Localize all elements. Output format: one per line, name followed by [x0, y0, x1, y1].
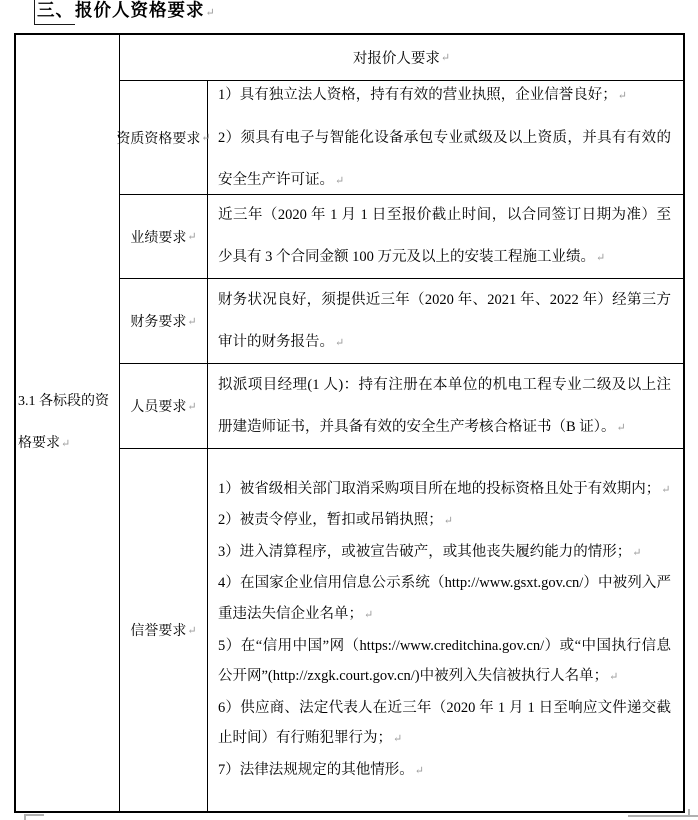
row-label-cell[interactable]: 资质资格要求↵: [120, 81, 208, 194]
paragraph: 1）被省级相关部门取消采购项目所在地的投标资格且处于有效期内；↵: [218, 474, 671, 506]
paragraph-mark: ↵: [415, 765, 424, 777]
title-boxed-prefix: 三、: [34, 0, 75, 25]
paragraph: 1）具有独立法人资格，持有有效的营业执照，企业信誉良好；↵: [218, 74, 671, 117]
qualification-table: 3.1 各标段的资格要求↵ 对报价人要求↵ 资质资格要求↵ 1）具有独立法人资格…: [14, 33, 685, 813]
table-row: 资质资格要求↵ 1）具有独立法人资格，持有有效的营业执照，企业信誉良好；↵ 2）…: [120, 81, 683, 195]
section-label: 3.1 各标段的资格要求↵: [18, 381, 118, 465]
paragraph-mark: ↵: [632, 547, 641, 559]
page-corner-mark-left-vertical: [24, 814, 26, 820]
paragraph-mark: ↵: [61, 438, 70, 450]
paragraph-mark: ↵: [393, 733, 402, 745]
paragraph: 5）在“信用中国”网（https://www.creditchina.gov.c…: [218, 631, 671, 693]
paragraph-mark: ↵: [187, 315, 196, 328]
row-label-text: 信誉要求: [130, 620, 186, 640]
table-header-text: 对报价人要求: [353, 47, 440, 68]
paragraph-mark: ↵: [187, 230, 196, 243]
paragraph: 2）须具有电子与智能化设备承包专业贰级及以上资质，并具有有效的安全生产许可证。↵: [218, 117, 671, 202]
table-row: 业绩要求↵ 近三年（2020 年 1 月 1 日至报价截止时间，以合同签订日期为…: [120, 195, 683, 279]
paragraph-mark: ↵: [618, 90, 627, 102]
paragraph: 近三年（2020 年 1 月 1 日至报价截止时间，以合同签订日期为准）至少具有…: [218, 194, 671, 279]
paragraph-mark: ↵: [206, 7, 215, 19]
paragraph: 7）法律法规规定的其他情形。↵: [218, 755, 671, 787]
paragraph-mark: ↵: [441, 51, 450, 64]
row-label-cell[interactable]: 信誉要求↵: [120, 449, 208, 811]
paragraph: 2）被责令停业，暂扣或吊销执照；↵: [218, 505, 671, 537]
page-corner-mark-left: [24, 814, 44, 816]
page-title[interactable]: 三、报价人资格要求↵: [34, 0, 215, 25]
paragraph-mark: ↵: [661, 484, 670, 496]
paragraph-mark: ↵: [364, 609, 373, 621]
paragraph-mark: ↵: [609, 671, 618, 683]
row-label-text: 人员要求: [130, 396, 186, 416]
table-row: 财务要求↵ 财务状况良好，须提供近三年（2020 年、2021 年、2022 年…: [120, 279, 683, 364]
paragraph: 6）供应商、法定代表人在近三年（2020 年 1 月 1 日至响应文件递交截止时…: [218, 693, 671, 755]
row-label-text: 财务要求: [130, 311, 186, 331]
paragraph: 3）进入清算程序，或被宣告破产，或其他丧失履约能力的情形；↵: [218, 537, 671, 569]
title-text: 报价人资格要求: [75, 0, 205, 20]
table-row: 人员要求↵ 拟派项目经理(1 人)：持有注册在本单位的机电工程专业二级及以上注册…: [120, 364, 683, 449]
section-label-cell[interactable]: 3.1 各标段的资格要求↵: [16, 35, 120, 811]
paragraph-mark: ↵: [617, 422, 626, 434]
row-content-cell[interactable]: 1）被省级相关部门取消采购项目所在地的投标资格且处于有效期内；↵ 2）被责令停业…: [208, 449, 683, 811]
paragraph-mark: ↵: [444, 515, 453, 527]
paragraph-mark: ↵: [187, 400, 196, 413]
row-label-text: 业绩要求: [130, 227, 186, 247]
row-content-cell[interactable]: 1）具有独立法人资格，持有有效的营业执照，企业信誉良好；↵ 2）须具有电子与智能…: [208, 81, 683, 194]
row-label-cell[interactable]: 业绩要求↵: [120, 195, 208, 278]
paragraph: 财务状况良好，须提供近三年（2020 年、2021 年、2022 年）经第三方审…: [218, 279, 671, 364]
row-label-text: 资质资格要求: [116, 128, 200, 148]
page-corner-mark-right-vertical: [688, 809, 690, 817]
row-content-cell[interactable]: 财务状况良好，须提供近三年（2020 年、2021 年、2022 年）经第三方审…: [208, 279, 683, 363]
paragraph-mark: ↵: [335, 175, 344, 187]
row-label-cell[interactable]: 人员要求↵: [120, 364, 208, 448]
paragraph: 拟派项目经理(1 人)：持有注册在本单位的机电工程专业二级及以上注册建造师证书，…: [218, 364, 671, 449]
paragraph-mark: ↵: [596, 252, 605, 264]
row-content-cell[interactable]: 拟派项目经理(1 人)：持有注册在本单位的机电工程专业二级及以上注册建造师证书，…: [208, 364, 683, 448]
paragraph-mark: ↵: [335, 337, 344, 349]
paragraph: 4）在国家企业信用信息公示系统（http://www.gsxt.gov.cn/）…: [218, 568, 671, 630]
table-row: 信誉要求↵ 1）被省级相关部门取消采购项目所在地的投标资格且处于有效期内；↵ 2…: [120, 449, 683, 811]
row-label-cell[interactable]: 财务要求↵: [120, 279, 208, 363]
table-main-column: 对报价人要求↵ 资质资格要求↵ 1）具有独立法人资格，持有有效的营业执照，企业信…: [120, 35, 683, 811]
paragraph-mark: ↵: [187, 624, 196, 637]
row-content-cell[interactable]: 近三年（2020 年 1 月 1 日至报价截止时间，以合同签订日期为准）至少具有…: [208, 195, 683, 278]
document-page: 三、报价人资格要求↵ 3.1 各标段的资格要求↵ 对报价人要求↵ 资质资格要求↵…: [0, 0, 698, 820]
